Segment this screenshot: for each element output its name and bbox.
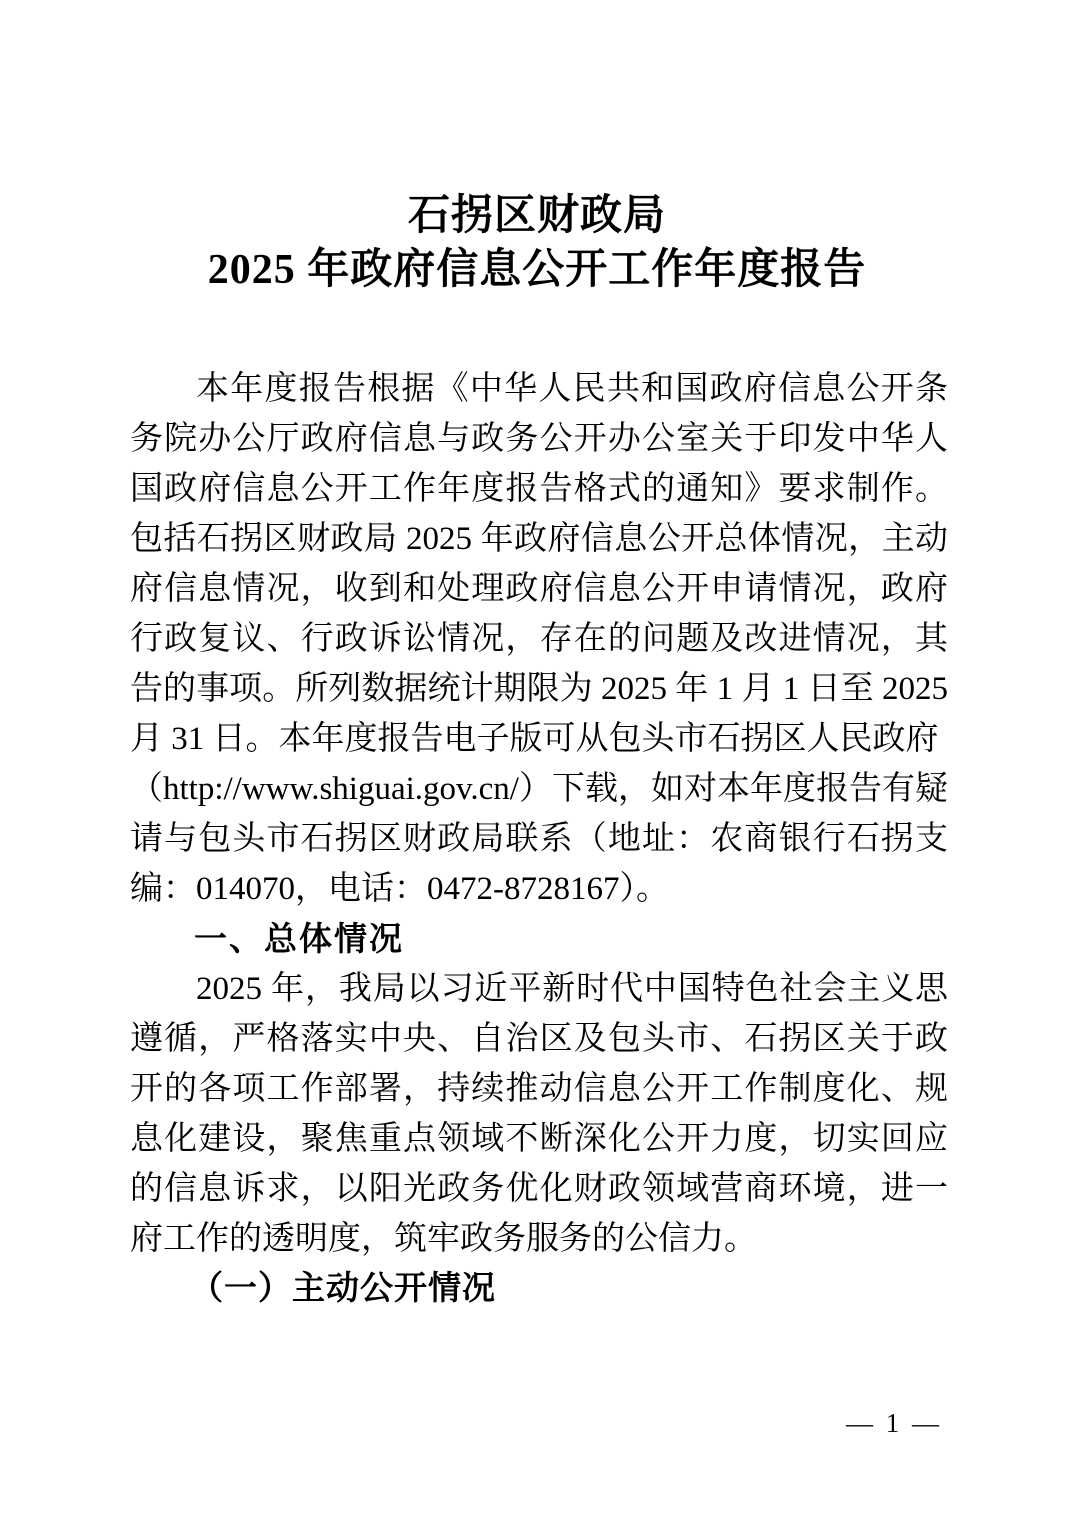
section-para-line: 的信息诉求，以阳光政务优化财政领域营商环境，进一步提升政 bbox=[130, 1164, 948, 1214]
document-title: 石拐区财政局 2025 年政府信息公开工作年度报告 bbox=[0, 189, 1074, 297]
section-para-line: 开的各项工作部署，持续推动信息公开工作制度化、规范化、信 bbox=[130, 1064, 948, 1114]
intro-line: 请与包头市石拐区财政局联系（地址：农商银行石拐支行三楼，邮 bbox=[130, 814, 948, 864]
intro-line: 行政复议、行政诉讼情况，存在的问题及改进情况，其他需要报 bbox=[130, 614, 948, 664]
intro-line: 告的事项。所列数据统计期限为 2025 年 1 月 1 日至 2025 年 12 bbox=[130, 664, 948, 714]
intro-line: 务院办公厅政府信息与政务公开办公室关于印发中华人民共和 bbox=[130, 414, 948, 464]
page-number: — 1 — bbox=[846, 1408, 942, 1439]
section-subheading: （一）主动公开情况 bbox=[130, 1264, 948, 1314]
section-para-line: 府工作的透明度，筑牢政务服务的公信力。 bbox=[130, 1214, 948, 1264]
section-para-line: 遵循，严格落实中央、自治区及包头市、石拐区关于政府信息公 bbox=[130, 1014, 948, 1064]
intro-line: 包括石拐区财政局 2025 年政府信息公开总体情况，主动公开政 bbox=[130, 514, 948, 564]
title-line-1: 石拐区财政局 bbox=[0, 189, 1074, 243]
intro-line: （http://www.shiguai.gov.cn/）下载，如对本年度报告有疑… bbox=[130, 764, 948, 814]
section-para-line: 息化建设，聚焦重点领域不断深化公开力度，切实回应社会公众 bbox=[130, 1114, 948, 1164]
document-page: 石拐区财政局 2025 年政府信息公开工作年度报告 本年度报告根据《中华人民共和… bbox=[0, 0, 1074, 1520]
document-body: 本年度报告根据《中华人民共和国政府信息公开条例》《国 务院办公厅政府信息与政务公… bbox=[130, 364, 948, 1314]
intro-line: 国政府信息公开工作年度报告格式的通知》要求制作。报告内容 bbox=[130, 464, 948, 514]
intro-line: 府信息情况，收到和处理政府信息公开申请情况，政府信息公开 bbox=[130, 564, 948, 614]
section-para-line: 2025 年，我局以习近平新时代中国特色社会主义思想为根本 bbox=[130, 964, 948, 1014]
intro-line: 编：014070，电话：0472-8728167）。 bbox=[130, 864, 948, 914]
title-line-2: 2025 年政府信息公开工作年度报告 bbox=[0, 243, 1074, 297]
section-heading: 一、总体情况 bbox=[130, 914, 948, 964]
intro-line: 月 31 日。本年度报告电子版可从包头市石拐区人民政府网站 bbox=[130, 714, 948, 764]
intro-line: 本年度报告根据《中华人民共和国政府信息公开条例》《国 bbox=[130, 364, 948, 414]
